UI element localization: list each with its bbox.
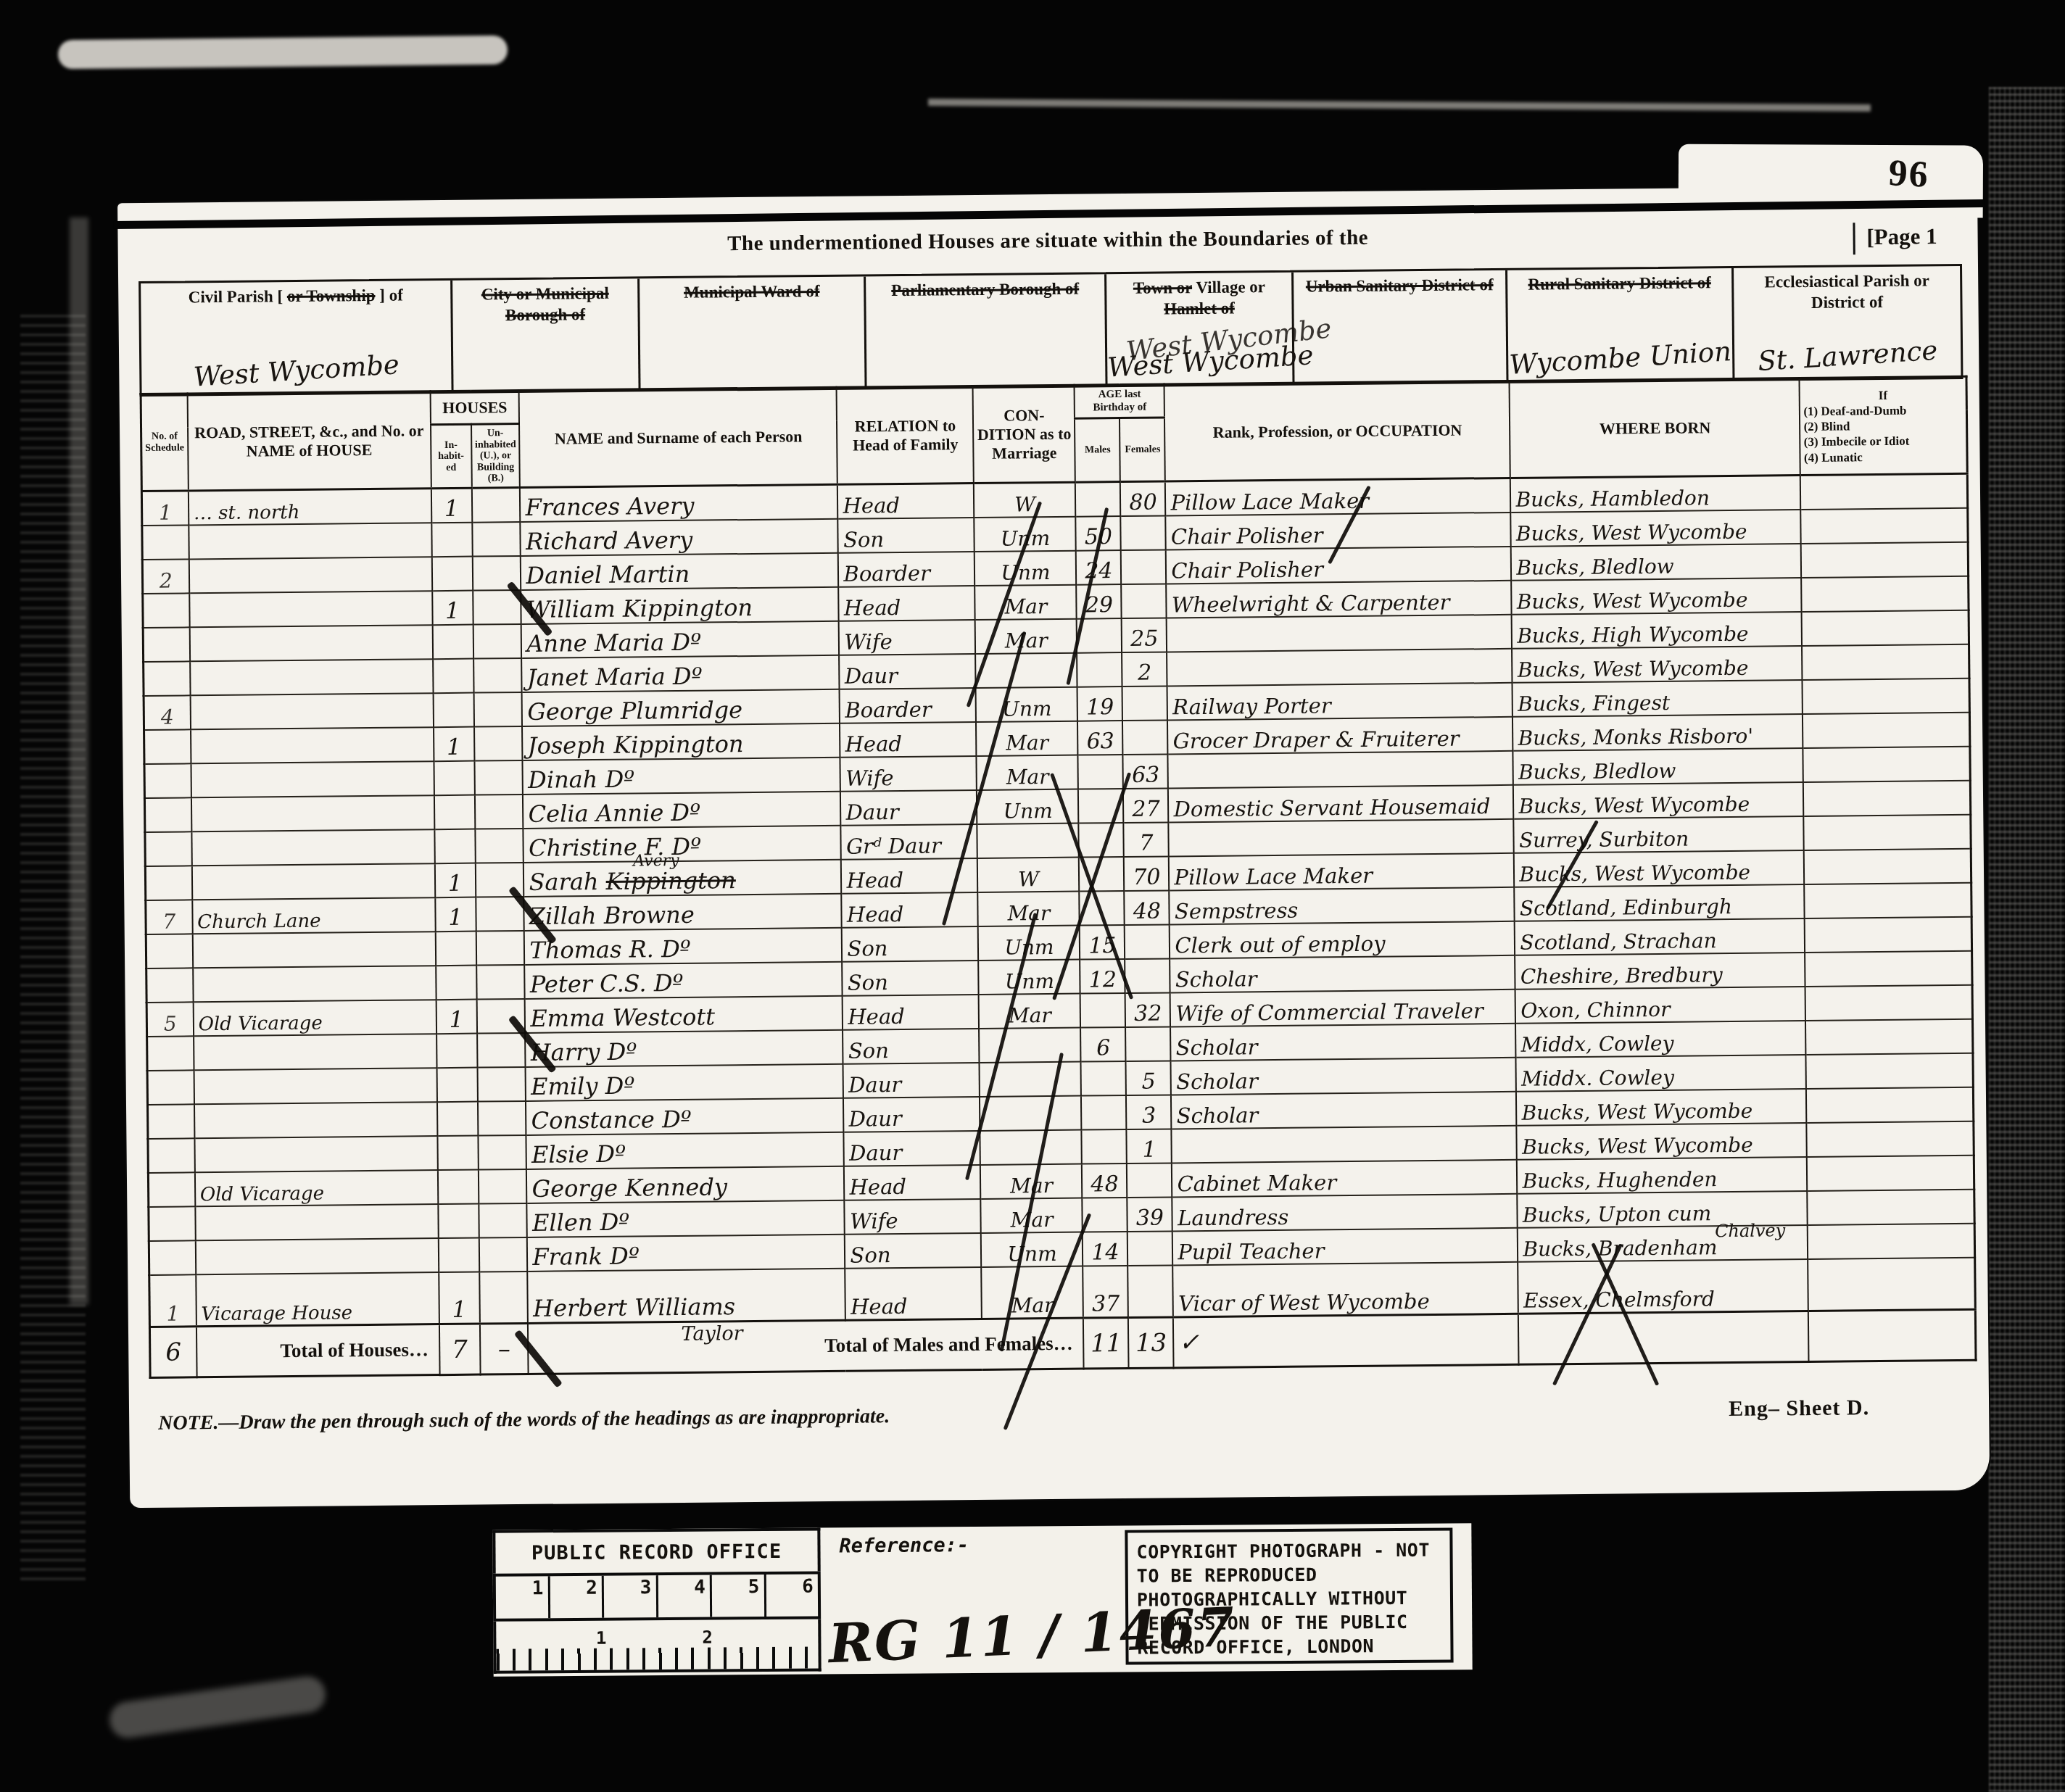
age-male (1082, 1129, 1127, 1164)
occupation: Chair Polisher (1166, 547, 1511, 584)
occupation: Wheelwright & Carpenter (1167, 581, 1512, 618)
schedule-number: 1 (141, 491, 189, 526)
condition: Mar (975, 618, 1077, 653)
road-name (190, 659, 433, 695)
occupation (1168, 751, 1513, 789)
where-born: Scotland, Strachan (1515, 918, 1805, 955)
schedule-number: 4 (144, 695, 191, 730)
schedule-number (145, 831, 192, 866)
condition (980, 1061, 1081, 1096)
houses-uninhabited (472, 556, 521, 591)
condition: Unm (981, 1232, 1083, 1266)
page-title: The undermentioned Houses are situate wi… (727, 226, 1368, 255)
road-name (191, 795, 434, 831)
schedule-number (143, 593, 190, 628)
where-born: Bucks, West Wycombe (1512, 646, 1803, 683)
totals-empty-born (1518, 1311, 1809, 1365)
age-female: 32 (1125, 992, 1170, 1027)
col-relation: RELATION to Head of Family (837, 386, 974, 484)
infirmity (1805, 917, 1971, 953)
schedule-number (144, 763, 191, 798)
person-name: Daniel Martin (521, 553, 838, 590)
occupation: Scholar (1170, 1024, 1515, 1061)
relation: Head (844, 1165, 980, 1200)
houses-inhabited (437, 1135, 478, 1170)
condition: W (974, 482, 1075, 517)
age-male: 29 (1077, 584, 1122, 619)
age-female (1121, 515, 1166, 550)
road-name: … st. north (189, 489, 431, 525)
header-field: City or Municipal Borough of (452, 278, 640, 390)
houses-uninhabited (479, 1237, 527, 1272)
where-born: Middx, Cowley (1515, 1021, 1805, 1058)
age-male: 12 (1080, 959, 1125, 994)
where-born: Bucks, Monks Risboro' (1512, 714, 1803, 751)
occupation: Sempstress (1170, 887, 1515, 925)
reference-zone: Reference:- RG 11 / 1467 (820, 1526, 1125, 1675)
ruler-inch-1: 1 (596, 1628, 607, 1648)
occupation: Pupil Teacher (1172, 1228, 1518, 1266)
col-uninhabited: Un-inhabited (U.), or Building (B.) (471, 424, 521, 489)
census-rows: 1… st. north1Frances AveryHeadW80Pillow … (141, 474, 1975, 1327)
houses-inhabited: 1 (431, 488, 472, 523)
houses-uninhabited (476, 931, 524, 966)
infirmity (1802, 576, 1969, 612)
houses-uninhabited (477, 1067, 526, 1102)
age-male (1081, 1095, 1126, 1130)
relation: Son (843, 961, 979, 996)
road-name (192, 932, 435, 968)
relation: Son (843, 1029, 980, 1064)
where-born: Essex, Chelmsford (1518, 1259, 1809, 1314)
relation: Head (842, 892, 978, 928)
occupation: Laundress (1172, 1194, 1518, 1232)
condition: Unm (979, 959, 1080, 994)
infirmity (1807, 1156, 1974, 1191)
where-born: Bucks, Bledlow (1513, 748, 1803, 785)
houses-inhabited (437, 1101, 478, 1136)
schedule-number (148, 1172, 195, 1207)
road-name (189, 523, 431, 559)
houses-uninhabited (476, 999, 525, 1034)
header-field: Ecclesiastical Parish or District of St.… (1734, 266, 1961, 378)
col-born: WHERE BORN (1510, 378, 1800, 478)
where-born: Bucks, Hambledon (1510, 476, 1800, 513)
road-name (194, 1136, 437, 1172)
age-female: 7 (1124, 822, 1169, 857)
relation: Wife (845, 1199, 981, 1235)
infirmity (1801, 542, 1968, 578)
age-female (1127, 1163, 1172, 1198)
condition: Mar (975, 584, 1077, 619)
schedule-number (147, 1036, 194, 1071)
where-born: Bucks, Bledlow (1511, 544, 1801, 581)
ruler-inch-2: 2 (702, 1627, 713, 1648)
condition: Unm (978, 925, 1080, 960)
header-field: Urban Sanitary District of (1294, 270, 1508, 383)
relation: Grᵈ Daur (841, 824, 977, 860)
age-female: 5 (1126, 1061, 1171, 1095)
col-name: NAME and Surname of each Person (519, 387, 837, 488)
infirmity (1802, 644, 1969, 680)
occupation: Scholar (1171, 1058, 1516, 1095)
road-name: Church Lane (192, 897, 435, 934)
age-male: 24 (1076, 550, 1121, 585)
infirmity (1800, 474, 1967, 510)
road-name: Old Vicarage (193, 1000, 436, 1036)
condition: Mar (976, 721, 1077, 755)
occupation: Railway Porter (1167, 683, 1512, 721)
occupation: Clerk out of employ (1170, 921, 1515, 959)
houses-inhabited (434, 829, 475, 863)
person-name: George Plumridge (522, 689, 840, 726)
houses-uninhabited (477, 1033, 526, 1068)
age-female (1128, 1265, 1174, 1318)
infirmity (1804, 815, 1971, 850)
age-female: 48 (1125, 890, 1170, 925)
road-name (189, 557, 431, 593)
condition: Mar (980, 1163, 1082, 1198)
person-name: Celia Annie Dº (523, 792, 840, 829)
col-condition: CON-DITION as to Marriage (973, 385, 1075, 484)
occupation: Chair Polisher (1166, 513, 1511, 550)
age-male (1078, 755, 1123, 789)
footnote: NOTE.—Draw the pen through such of the w… (158, 1405, 890, 1437)
schedule-number (143, 627, 190, 662)
age-female: 2 (1122, 652, 1167, 686)
person-name: Emily Dº (526, 1064, 843, 1101)
where-born: Bucks, High Wycombe (1512, 612, 1802, 649)
age-female (1125, 924, 1170, 959)
schedule-number (144, 729, 191, 764)
where-born: Middx. Cowley (1516, 1055, 1806, 1092)
occupation: Domestic Servant Housemaid (1168, 785, 1513, 823)
where-born: Scotland, Edinburgh (1515, 884, 1805, 921)
condition (980, 1095, 1081, 1130)
houses-uninhabited (478, 1135, 526, 1170)
houses-uninhabited (476, 965, 525, 1000)
header-field: Civil Parish [ or Township ] of West Wyc… (141, 281, 453, 394)
houses-uninhabited (475, 795, 524, 829)
schedule-number: 1 (149, 1274, 196, 1327)
occupation: Grocer Draper & Fruiterer (1167, 717, 1512, 755)
scan-noise (70, 217, 88, 1305)
age-female: 80 (1120, 481, 1165, 516)
infirmity (1805, 951, 1972, 987)
houses-uninhabited (474, 760, 523, 795)
infirmity (1804, 849, 1971, 884)
condition: Unm (977, 789, 1078, 824)
infirmity (1805, 1019, 1972, 1055)
infirmity (1807, 1121, 1974, 1157)
person-name: Constance Dº (526, 1098, 843, 1135)
relation: Head (839, 586, 975, 621)
person-name: Elsie Dº (526, 1132, 844, 1169)
age-male: 15 (1080, 925, 1125, 960)
infirmity (1803, 747, 1970, 782)
schedule-number (147, 1070, 194, 1105)
occupation (1167, 615, 1512, 652)
person-name: Zillah Browne (524, 894, 842, 931)
relation: Boarder (838, 552, 974, 587)
person-name: Herbert WilliamsTaylor (528, 1269, 846, 1324)
schedule-number (146, 968, 194, 1003)
schedule-number: 5 (146, 1002, 194, 1037)
houses-inhabited (435, 931, 476, 966)
houses-inhabited: 1 (439, 1272, 480, 1324)
header-fields: Civil Parish [ or Township ] of West Wyc… (138, 264, 1963, 397)
occupation: Scholar (1171, 1092, 1516, 1129)
scan-noise (58, 36, 508, 69)
where-born: Oxon, Chinnor (1515, 987, 1805, 1024)
houses-uninhabited (472, 522, 521, 557)
col-inhabited: In-habit-ed (431, 425, 472, 489)
schedule-number: 7 (146, 900, 193, 934)
person-name: Richard Avery (521, 519, 838, 556)
condition: Mar (981, 1198, 1083, 1232)
page-marker: [Page 1 (1853, 222, 1948, 254)
header-field-value: St. Lawrence (1734, 333, 1961, 378)
relation: Wife (840, 756, 977, 792)
age-male (1077, 618, 1122, 653)
col-age: AGE last Birthday of (1075, 384, 1164, 419)
houses-inhabited (436, 965, 476, 1000)
age-female: 39 (1127, 1197, 1172, 1232)
census-sheet: 96 The undermentioned Houses are situate… (117, 186, 1990, 1509)
occupation (1167, 649, 1512, 686)
col-infirmity: If(1) Deaf-and-Dumb(2) Blind(3) Imbecile… (1800, 376, 1967, 476)
age-male: 50 (1076, 516, 1121, 551)
infirmity (1803, 679, 1969, 714)
pro-stamp: PUBLIC RECORD OFFICE 123456 1 2 Referenc… (492, 1523, 1472, 1676)
where-born: Bucks, West Wycombe (1514, 850, 1804, 887)
infirmity (1808, 1224, 1974, 1259)
foot-line: NOTE.—Draw the pen through such of the w… (158, 1395, 1956, 1437)
schedule-number (148, 1138, 195, 1173)
occupation (1172, 1126, 1517, 1163)
relation: Son (838, 518, 974, 553)
age-female: 70 (1124, 856, 1169, 891)
person-name: Joseph Kippington (522, 723, 840, 760)
infirmity (1808, 1190, 1974, 1225)
relation: Daur (840, 654, 976, 689)
age-female (1121, 549, 1166, 584)
age-male: 19 (1077, 686, 1122, 721)
where-born: Bucks, West Wycombe (1517, 1123, 1807, 1160)
houses-inhabited: 1 (436, 999, 476, 1034)
where-born: Bucks, Upton cumChalvey (1518, 1191, 1808, 1228)
person-name: Janet Maria Dº (522, 655, 840, 692)
totals-checkmark: ✓ (1173, 1314, 1519, 1369)
road-name (193, 966, 436, 1002)
totals-schedule: 6 (149, 1327, 196, 1378)
age-male (1075, 482, 1120, 517)
relation: Daur (843, 1097, 980, 1132)
road-name (195, 1238, 438, 1274)
col-houses: HOUSES (430, 391, 519, 426)
age-female (1122, 584, 1167, 618)
road-name (192, 863, 435, 900)
scan-noise (1989, 87, 2065, 1792)
houses-uninhabited (475, 863, 524, 897)
age-male: 48 (1082, 1163, 1127, 1198)
houses-uninhabited (475, 829, 524, 863)
houses-inhabited: 1 (434, 726, 474, 761)
houses-inhabited (438, 1203, 479, 1238)
road-name (190, 693, 433, 729)
person-name: Peter C.S. Dº (525, 962, 843, 999)
infirmity (1806, 1053, 1973, 1089)
age-female (1127, 1231, 1172, 1266)
houses-inhabited (438, 1169, 479, 1204)
houses-inhabited (432, 624, 473, 659)
condition: Mar (979, 993, 1080, 1028)
age-female (1125, 958, 1170, 993)
folio-number: 96 (1887, 152, 1930, 196)
condition (980, 1129, 1082, 1164)
person-name: Christine F. Dº (524, 826, 841, 863)
houses-inhabited (434, 760, 474, 795)
age-male (1080, 891, 1125, 926)
houses-inhabited: 1 (432, 590, 473, 625)
where-born: Bucks, West Wycombe (1516, 1089, 1806, 1126)
road-name (191, 727, 434, 763)
age-male: 37 (1083, 1266, 1129, 1319)
relation: Son (842, 926, 978, 962)
houses-inhabited: 1 (435, 897, 476, 932)
relation: Daur (843, 1063, 980, 1098)
where-born: Surrey, Surbiton (1514, 816, 1804, 853)
schedule-number (142, 525, 189, 560)
relation: Wife (839, 620, 975, 655)
scanned-census-page: 96 The undermentioned Houses are situate… (0, 0, 2065, 1792)
infirmity (1805, 985, 1972, 1021)
road-name (194, 1102, 437, 1138)
condition (976, 652, 1077, 687)
age-female (1126, 1026, 1171, 1061)
schedule-number (144, 661, 191, 696)
infirmity (1801, 508, 1968, 544)
houses-uninhabited (476, 897, 524, 932)
infirmity (1802, 610, 1969, 646)
condition (980, 1027, 1081, 1062)
condition: Unm (976, 686, 1077, 721)
road-name (189, 625, 432, 661)
condition: Unm (974, 516, 1076, 551)
ruler-cm-scale: 123456 (493, 1572, 821, 1622)
header-field: Town or Village or Hamlet of West Wycomb… (1106, 273, 1294, 384)
header-field: Municipal Ward of (640, 276, 866, 389)
infirmity (1803, 713, 1969, 748)
col-schedule: No. of Schedule (141, 394, 188, 491)
col-occupation: Rank, Profession, or OCCUPATION (1164, 381, 1510, 481)
schedule-number (147, 1104, 194, 1139)
total-houses-uninhabited: – (480, 1324, 529, 1375)
person-name: William Kippington (521, 587, 839, 624)
houses-uninhabited (479, 1272, 528, 1324)
age-male (1080, 993, 1125, 1028)
pro-office-label: PUBLIC RECORD OFFICE (492, 1528, 820, 1574)
houses-inhabited: 1 (434, 863, 475, 897)
header-field-value: West Wycombe (141, 346, 452, 396)
houses-uninhabited (473, 624, 521, 659)
houses-inhabited (436, 1067, 477, 1102)
relation: Daur (840, 790, 977, 826)
condition: Mar (977, 755, 1078, 789)
person-name: Dinah Dº (523, 758, 840, 795)
total-males: 11 (1083, 1318, 1129, 1369)
age-female: 1 (1127, 1129, 1172, 1163)
schedule-number (149, 1206, 196, 1241)
houses-inhabited (436, 1033, 477, 1068)
infirmity (1806, 1087, 1973, 1123)
age-female: 63 (1123, 754, 1168, 789)
person-name: Ellen Dº (527, 1200, 845, 1237)
road-name (191, 829, 434, 866)
relation: Boarder (840, 688, 976, 723)
scan-noise (928, 99, 1871, 112)
condition: Mar (978, 891, 1080, 926)
houses-uninhabited (472, 488, 521, 523)
header-field-value: Wycombe Union (1507, 336, 1733, 381)
houses-uninhabited (474, 726, 523, 761)
houses-uninhabited (479, 1203, 527, 1238)
person-name: Sarah KippingtonAvery (524, 860, 841, 897)
relation: Daur (844, 1131, 980, 1166)
road-name (194, 1034, 436, 1070)
relation: Head (843, 995, 979, 1030)
occupation: Cabinet Maker (1172, 1160, 1517, 1198)
census-table: No. of Schedule ROAD, STREET, &c., and N… (140, 376, 1977, 1379)
scan-noise (20, 312, 86, 1580)
relation: Head (841, 858, 977, 894)
relation: Son (845, 1233, 981, 1269)
condition: W (977, 857, 1079, 892)
col-males: Males (1075, 418, 1120, 483)
age-male: 63 (1077, 721, 1122, 755)
age-female (1122, 686, 1167, 721)
age-female: 3 (1126, 1095, 1171, 1129)
houses-inhabited (434, 795, 475, 829)
relation: Head (837, 484, 974, 519)
houses-inhabited (438, 1237, 479, 1272)
total-females: 13 (1128, 1317, 1174, 1369)
schedule-number (149, 1240, 196, 1275)
reference-label: Reference:- (839, 1534, 969, 1557)
totals-empty-infirmity (1808, 1310, 1976, 1362)
occupation: Pillow Lace Maker (1165, 478, 1510, 516)
where-born: Bucks, West Wycombe (1511, 510, 1801, 547)
houses-uninhabited (473, 692, 522, 727)
person-name: Frances Avery (520, 485, 837, 522)
age-male (1079, 857, 1124, 892)
houses-uninhabited (473, 590, 521, 625)
scan-noise (107, 1674, 328, 1740)
age-female (1122, 720, 1167, 755)
age-male: 14 (1083, 1232, 1127, 1266)
title-bar: The undermentioned Houses are situate wi… (118, 220, 1978, 262)
age-male (1081, 1061, 1126, 1096)
schedule-number (146, 934, 193, 968)
where-born: Bucks, Hughenden (1517, 1157, 1807, 1194)
person-name: George Kennedy (526, 1166, 844, 1203)
houses-inhabited (431, 522, 472, 557)
houses-inhabited (433, 658, 473, 693)
occupation: Vicar of West Wycombe (1173, 1262, 1519, 1318)
age-male (1083, 1198, 1127, 1232)
col-females: Females (1120, 418, 1165, 482)
condition: Unm (974, 550, 1076, 585)
